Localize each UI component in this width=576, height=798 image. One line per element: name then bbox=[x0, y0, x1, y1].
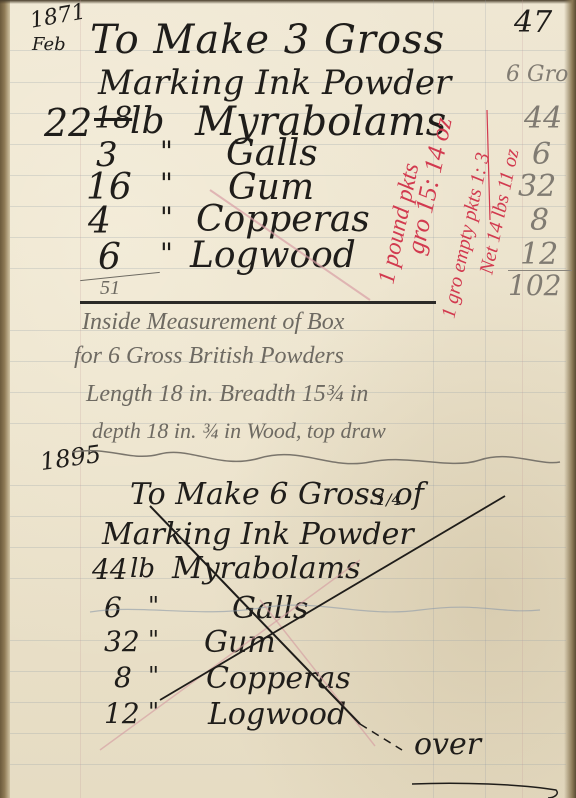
red-cross-line bbox=[210, 190, 370, 300]
dash-line bbox=[360, 724, 402, 750]
red-cross-line bbox=[260, 600, 375, 746]
red-underline bbox=[487, 110, 490, 220]
cross-out-line bbox=[160, 496, 505, 700]
notebook-page: 47 1871 Feb To Make 3 Gross Marking Ink … bbox=[0, 0, 576, 798]
over-underline bbox=[412, 783, 557, 798]
wavy-separator bbox=[72, 451, 560, 464]
ink-strokes bbox=[0, 0, 576, 798]
